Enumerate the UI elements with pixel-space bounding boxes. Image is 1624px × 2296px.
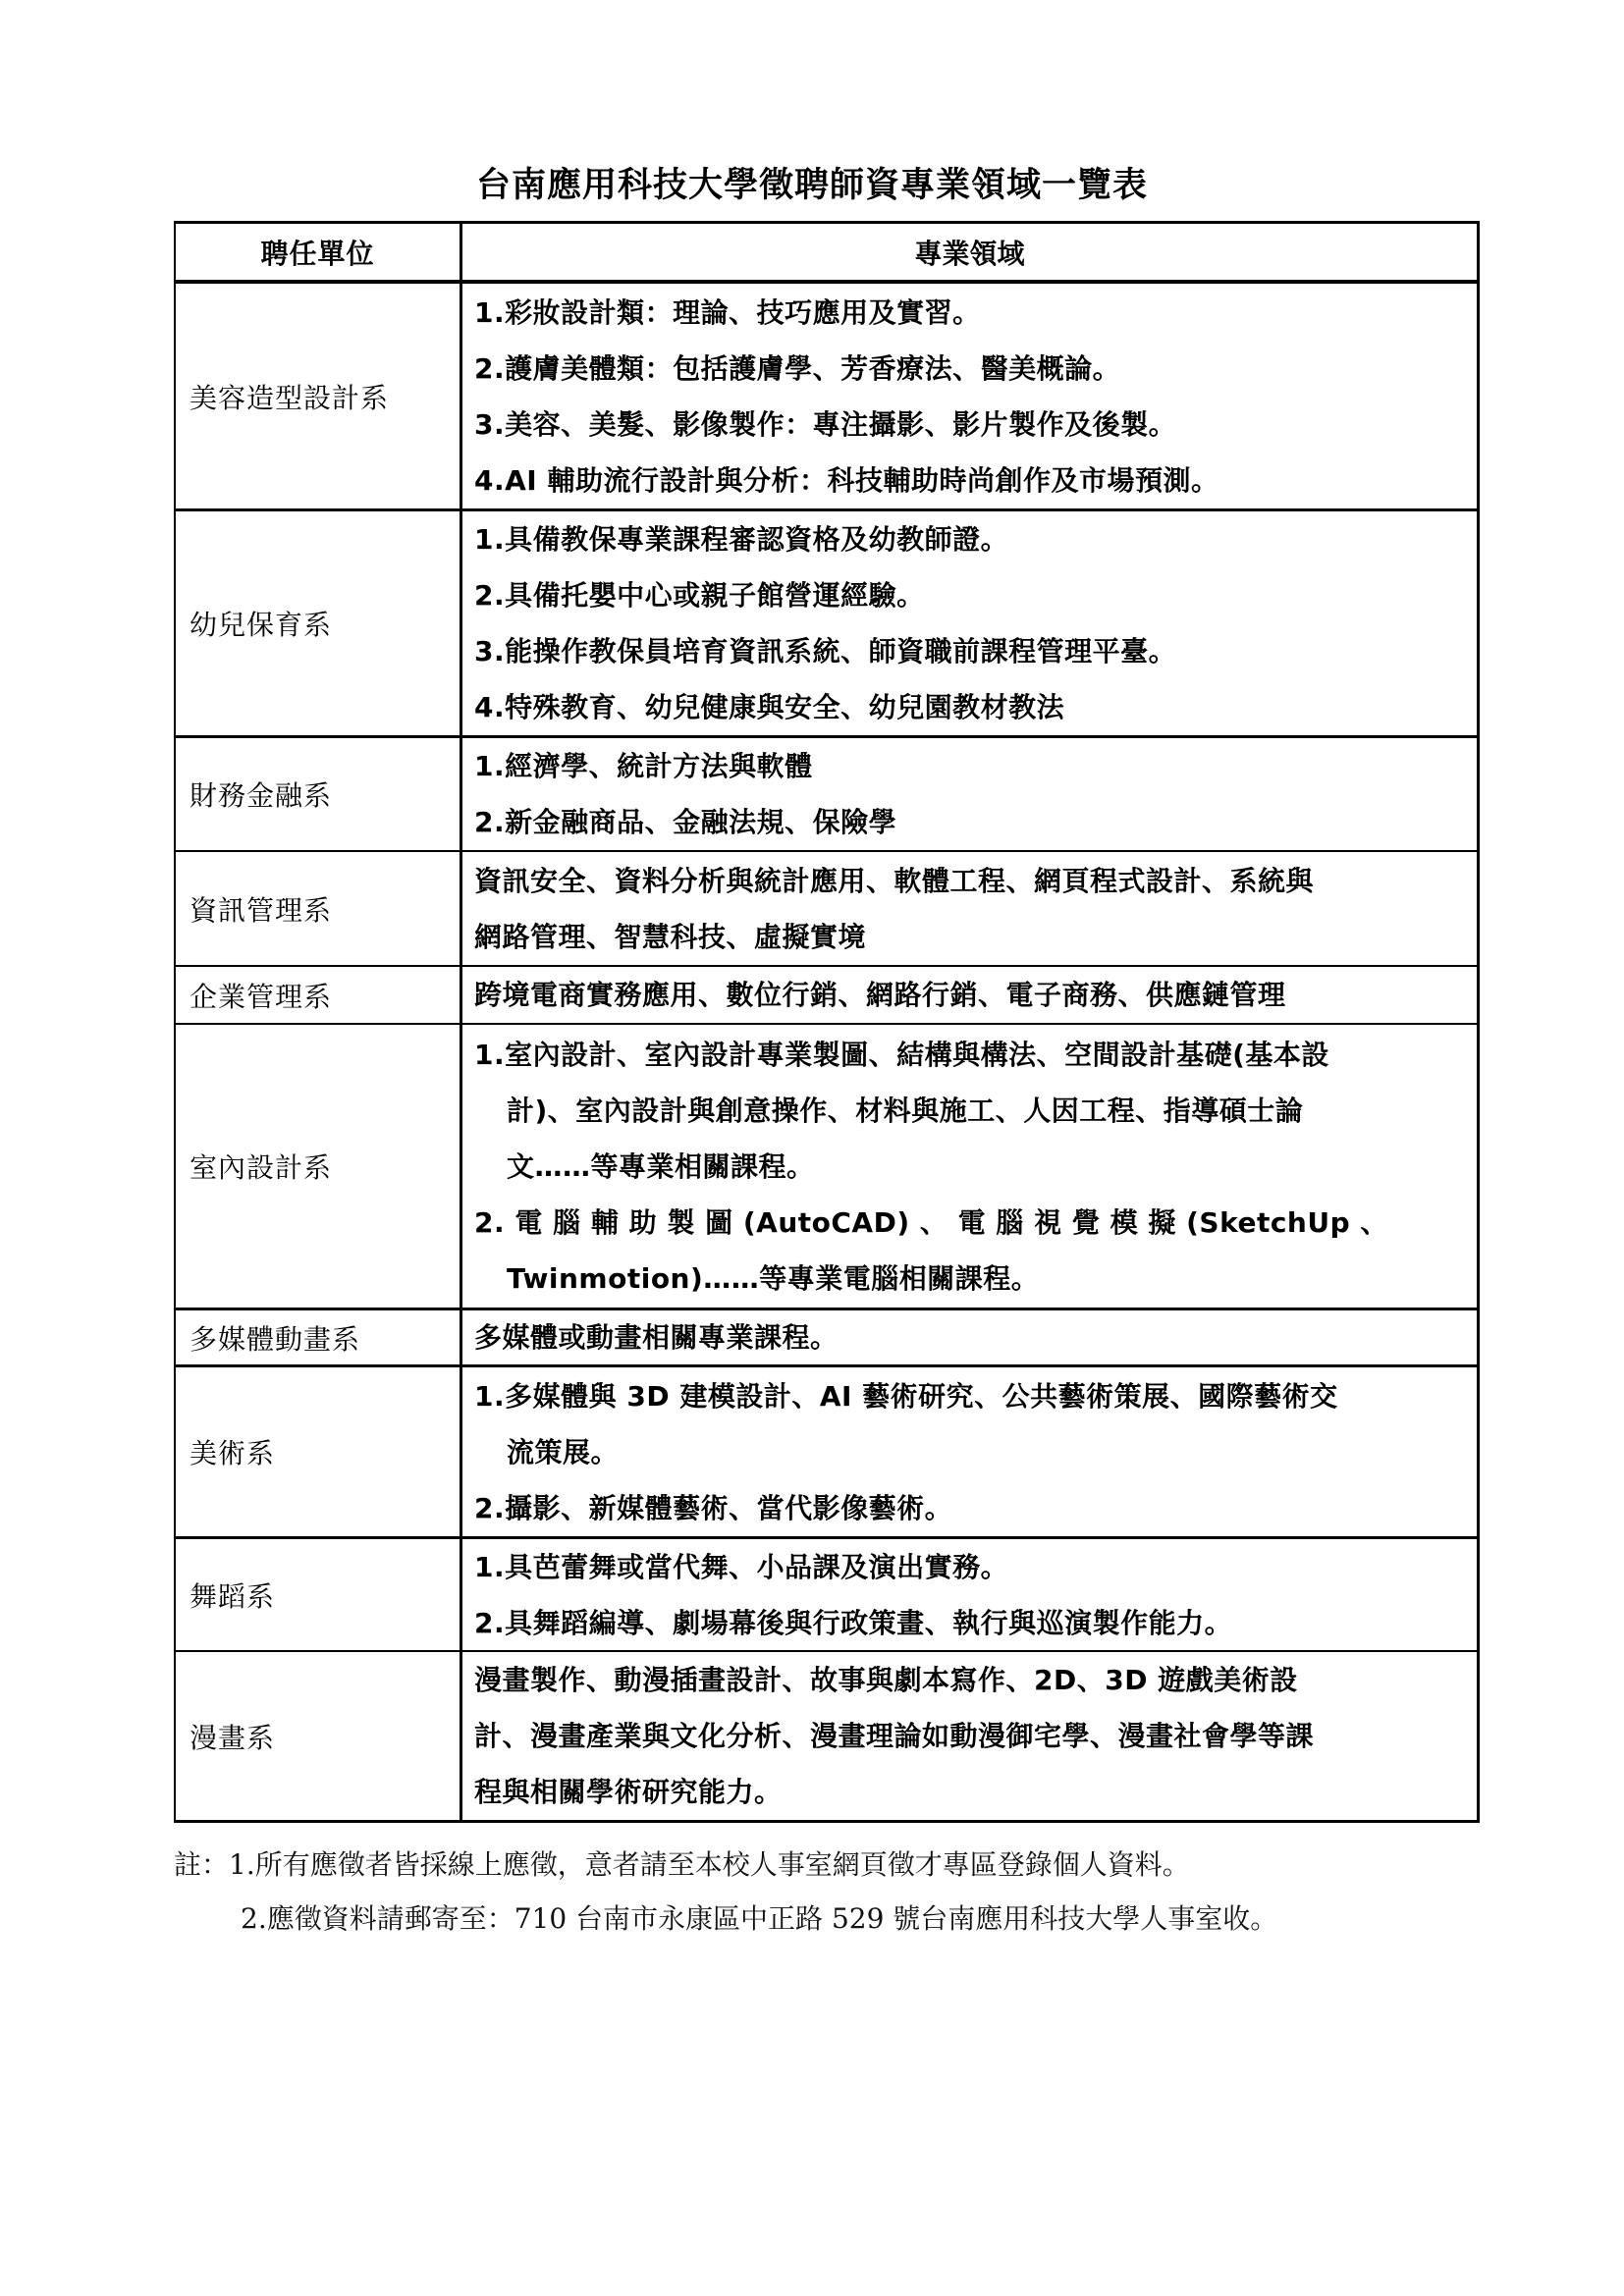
specialty-line: Twinmotion)……等專業電腦相關課程。 [474, 1251, 1467, 1307]
faculty-recruitment-table: 聘任單位 專業領域 美容造型設計系 1.彩妝設計類：理論、技巧應用及實習。 2.… [174, 221, 1480, 1823]
specialty-line: 流策展。 [474, 1424, 1467, 1480]
department-name: 財務金融系 [176, 738, 462, 850]
specialty-field: 多媒體或動畫相關專業課程。 [462, 1310, 1477, 1364]
specialty-line: 程與相關學術研究能力。 [474, 1764, 1467, 1820]
table-row: 舞蹈系 1.具芭蕾舞或當代舞、小品課及演出實務。 2.具舞蹈編導、劇場幕後與行政… [176, 1536, 1477, 1650]
department-name: 美術系 [176, 1367, 462, 1536]
table-row: 美術系 1.多媒體與 3D 建模設計、AI 藝術研究、公共藝術策展、國際藝術交 … [176, 1364, 1477, 1536]
specialty-line: 1.彩妝設計類：理論、技巧應用及實習。 [474, 285, 1467, 341]
specialty-field: 1.具芭蕾舞或當代舞、小品課及演出實務。 2.具舞蹈編導、劇場幕後與行政策畫、執… [462, 1539, 1477, 1650]
specialty-line: 2.具舞蹈編導、劇場幕後與行政策畫、執行與巡演製作能力。 [474, 1595, 1467, 1651]
specialty-field: 1.室內設計、室內設計專業製圖、結構與構法、空間設計基礎(基本設 計)、室內設計… [462, 1025, 1477, 1308]
table-row: 多媒體動畫系 多媒體或動畫相關專業課程。 [176, 1308, 1477, 1364]
specialty-line: 1.經濟學、統計方法與軟體 [474, 738, 1467, 794]
header-field: 專業領域 [462, 224, 1477, 280]
specialty-line: 計、漫畫產業與文化分析、漫畫理論如動漫御宅學、漫畫社會學等課 [474, 1708, 1467, 1764]
specialty-line: 2.具備托嬰中心或親子館營運經驗。 [474, 567, 1467, 623]
department-name: 舞蹈系 [176, 1539, 462, 1650]
department-name: 幼兒保育系 [176, 511, 462, 735]
department-name: 企業管理系 [176, 967, 462, 1023]
specialty-line: 資訊安全、資料分析與統計應用、軟體工程、網頁程式設計、系統與 [474, 853, 1467, 909]
specialty-line: 跨境電商實務應用、數位行銷、網路行銷、電子商務、供應鏈管理 [474, 967, 1467, 1023]
table-row: 漫畫系 漫畫製作、動漫插畫設計、故事與劇本寫作、2D、3D 遊戲美術設 計、漫畫… [176, 1650, 1477, 1820]
department-name: 多媒體動畫系 [176, 1310, 462, 1364]
specialty-field: 資訊安全、資料分析與統計應用、軟體工程、網頁程式設計、系統與 網路管理、智慧科技… [462, 852, 1477, 965]
specialty-field: 1.多媒體與 3D 建模設計、AI 藝術研究、公共藝術策展、國際藝術交 流策展。… [462, 1367, 1477, 1536]
specialty-field: 1.經濟學、統計方法與軟體 2.新金融商品、金融法規、保險學 [462, 738, 1477, 850]
table-row: 資訊管理系 資訊安全、資料分析與統計應用、軟體工程、網頁程式設計、系統與 網路管… [176, 850, 1477, 965]
specialty-line: 1.具備教保專業課程審認資格及幼教師證。 [474, 511, 1467, 567]
specialty-line: 計)、室內設計與創意操作、材料與施工、人因工程、指導碩士論 [474, 1083, 1467, 1139]
specialty-line: 多媒體或動畫相關專業課程。 [474, 1309, 1467, 1365]
table-row: 幼兒保育系 1.具備教保專業課程審認資格及幼教師證。 2.具備托嬰中心或親子館營… [176, 508, 1477, 735]
header-unit: 聘任單位 [176, 224, 462, 280]
specialty-line: 網路管理、智慧科技、虛擬實境 [474, 909, 1467, 965]
specialty-field: 1.彩妝設計類：理論、技巧應用及實習。 2.護膚美體類：包括護膚學、芳香療法、醫… [462, 284, 1477, 508]
specialty-line: 2. 電 腦 輔 助 製 圖 (AutoCAD) 、 電 腦 視 覺 模 擬 (… [474, 1195, 1467, 1251]
specialty-line: 2.護膚美體類：包括護膚學、芳香療法、醫美概論。 [474, 341, 1467, 397]
specialty-line: 3.美容、美髮、影像製作：專注攝影、影片製作及後製。 [474, 397, 1467, 453]
department-name: 室內設計系 [176, 1025, 462, 1308]
note-2: 2.應徵資料請郵寄至：710 台南市永康區中正路 529 號台南應用科技大學人事… [174, 1892, 1277, 1946]
notes-section: 註：1.所有應徵者皆採線上應徵，意者請至本校人事室網頁徵才專區登錄個人資料。 2… [174, 1838, 1277, 1946]
specialty-line: 1.室內設計、室內設計專業製圖、結構與構法、空間設計基礎(基本設 [474, 1027, 1467, 1083]
specialty-line: 漫畫製作、動漫插畫設計、故事與劇本寫作、2D、3D 遊戲美術設 [474, 1652, 1467, 1708]
table-row: 美容造型設計系 1.彩妝設計類：理論、技巧應用及實習。 2.護膚美體類：包括護膚… [176, 280, 1477, 508]
specialty-line: 文……等專業相關課程。 [474, 1139, 1467, 1195]
specialty-field: 漫畫製作、動漫插畫設計、故事與劇本寫作、2D、3D 遊戲美術設 計、漫畫產業與文… [462, 1652, 1477, 1820]
specialty-line: 1.多媒體與 3D 建模設計、AI 藝術研究、公共藝術策展、國際藝術交 [474, 1368, 1467, 1424]
specialty-field: 1.具備教保專業課程審認資格及幼教師證。 2.具備托嬰中心或親子館營運經驗。 3… [462, 511, 1477, 735]
specialty-field: 跨境電商實務應用、數位行銷、網路行銷、電子商務、供應鏈管理 [462, 967, 1477, 1023]
page-title: 台南應用科技大學徵聘師資專業領域一覽表 [0, 161, 1624, 210]
table-header-row: 聘任單位 專業領域 [176, 224, 1477, 280]
table-row: 室內設計系 1.室內設計、室內設計專業製圖、結構與構法、空間設計基礎(基本設 計… [176, 1023, 1477, 1308]
specialty-line: 4.特殊教育、幼兒健康與安全、幼兒園教材教法 [474, 679, 1467, 735]
table-row: 財務金融系 1.經濟學、統計方法與軟體 2.新金融商品、金融法規、保險學 [176, 735, 1477, 850]
department-name: 美容造型設計系 [176, 284, 462, 508]
specialty-line: 1.具芭蕾舞或當代舞、小品課及演出實務。 [474, 1539, 1467, 1595]
note-1: 註：1.所有應徵者皆採線上應徵，意者請至本校人事室網頁徵才專區登錄個人資料。 [174, 1838, 1277, 1892]
department-name: 漫畫系 [176, 1652, 462, 1820]
specialty-line: 3.能操作教保員培育資訊系統、師資職前課程管理平臺。 [474, 623, 1467, 679]
department-name: 資訊管理系 [176, 852, 462, 965]
specialty-line: 4.AI 輔助流行設計與分析：科技輔助時尚創作及市場預測。 [474, 453, 1467, 508]
table-row: 企業管理系 跨境電商實務應用、數位行銷、網路行銷、電子商務、供應鏈管理 [176, 965, 1477, 1023]
specialty-line: 2.攝影、新媒體藝術、當代影像藝術。 [474, 1480, 1467, 1536]
specialty-line: 2.新金融商品、金融法規、保險學 [474, 794, 1467, 850]
